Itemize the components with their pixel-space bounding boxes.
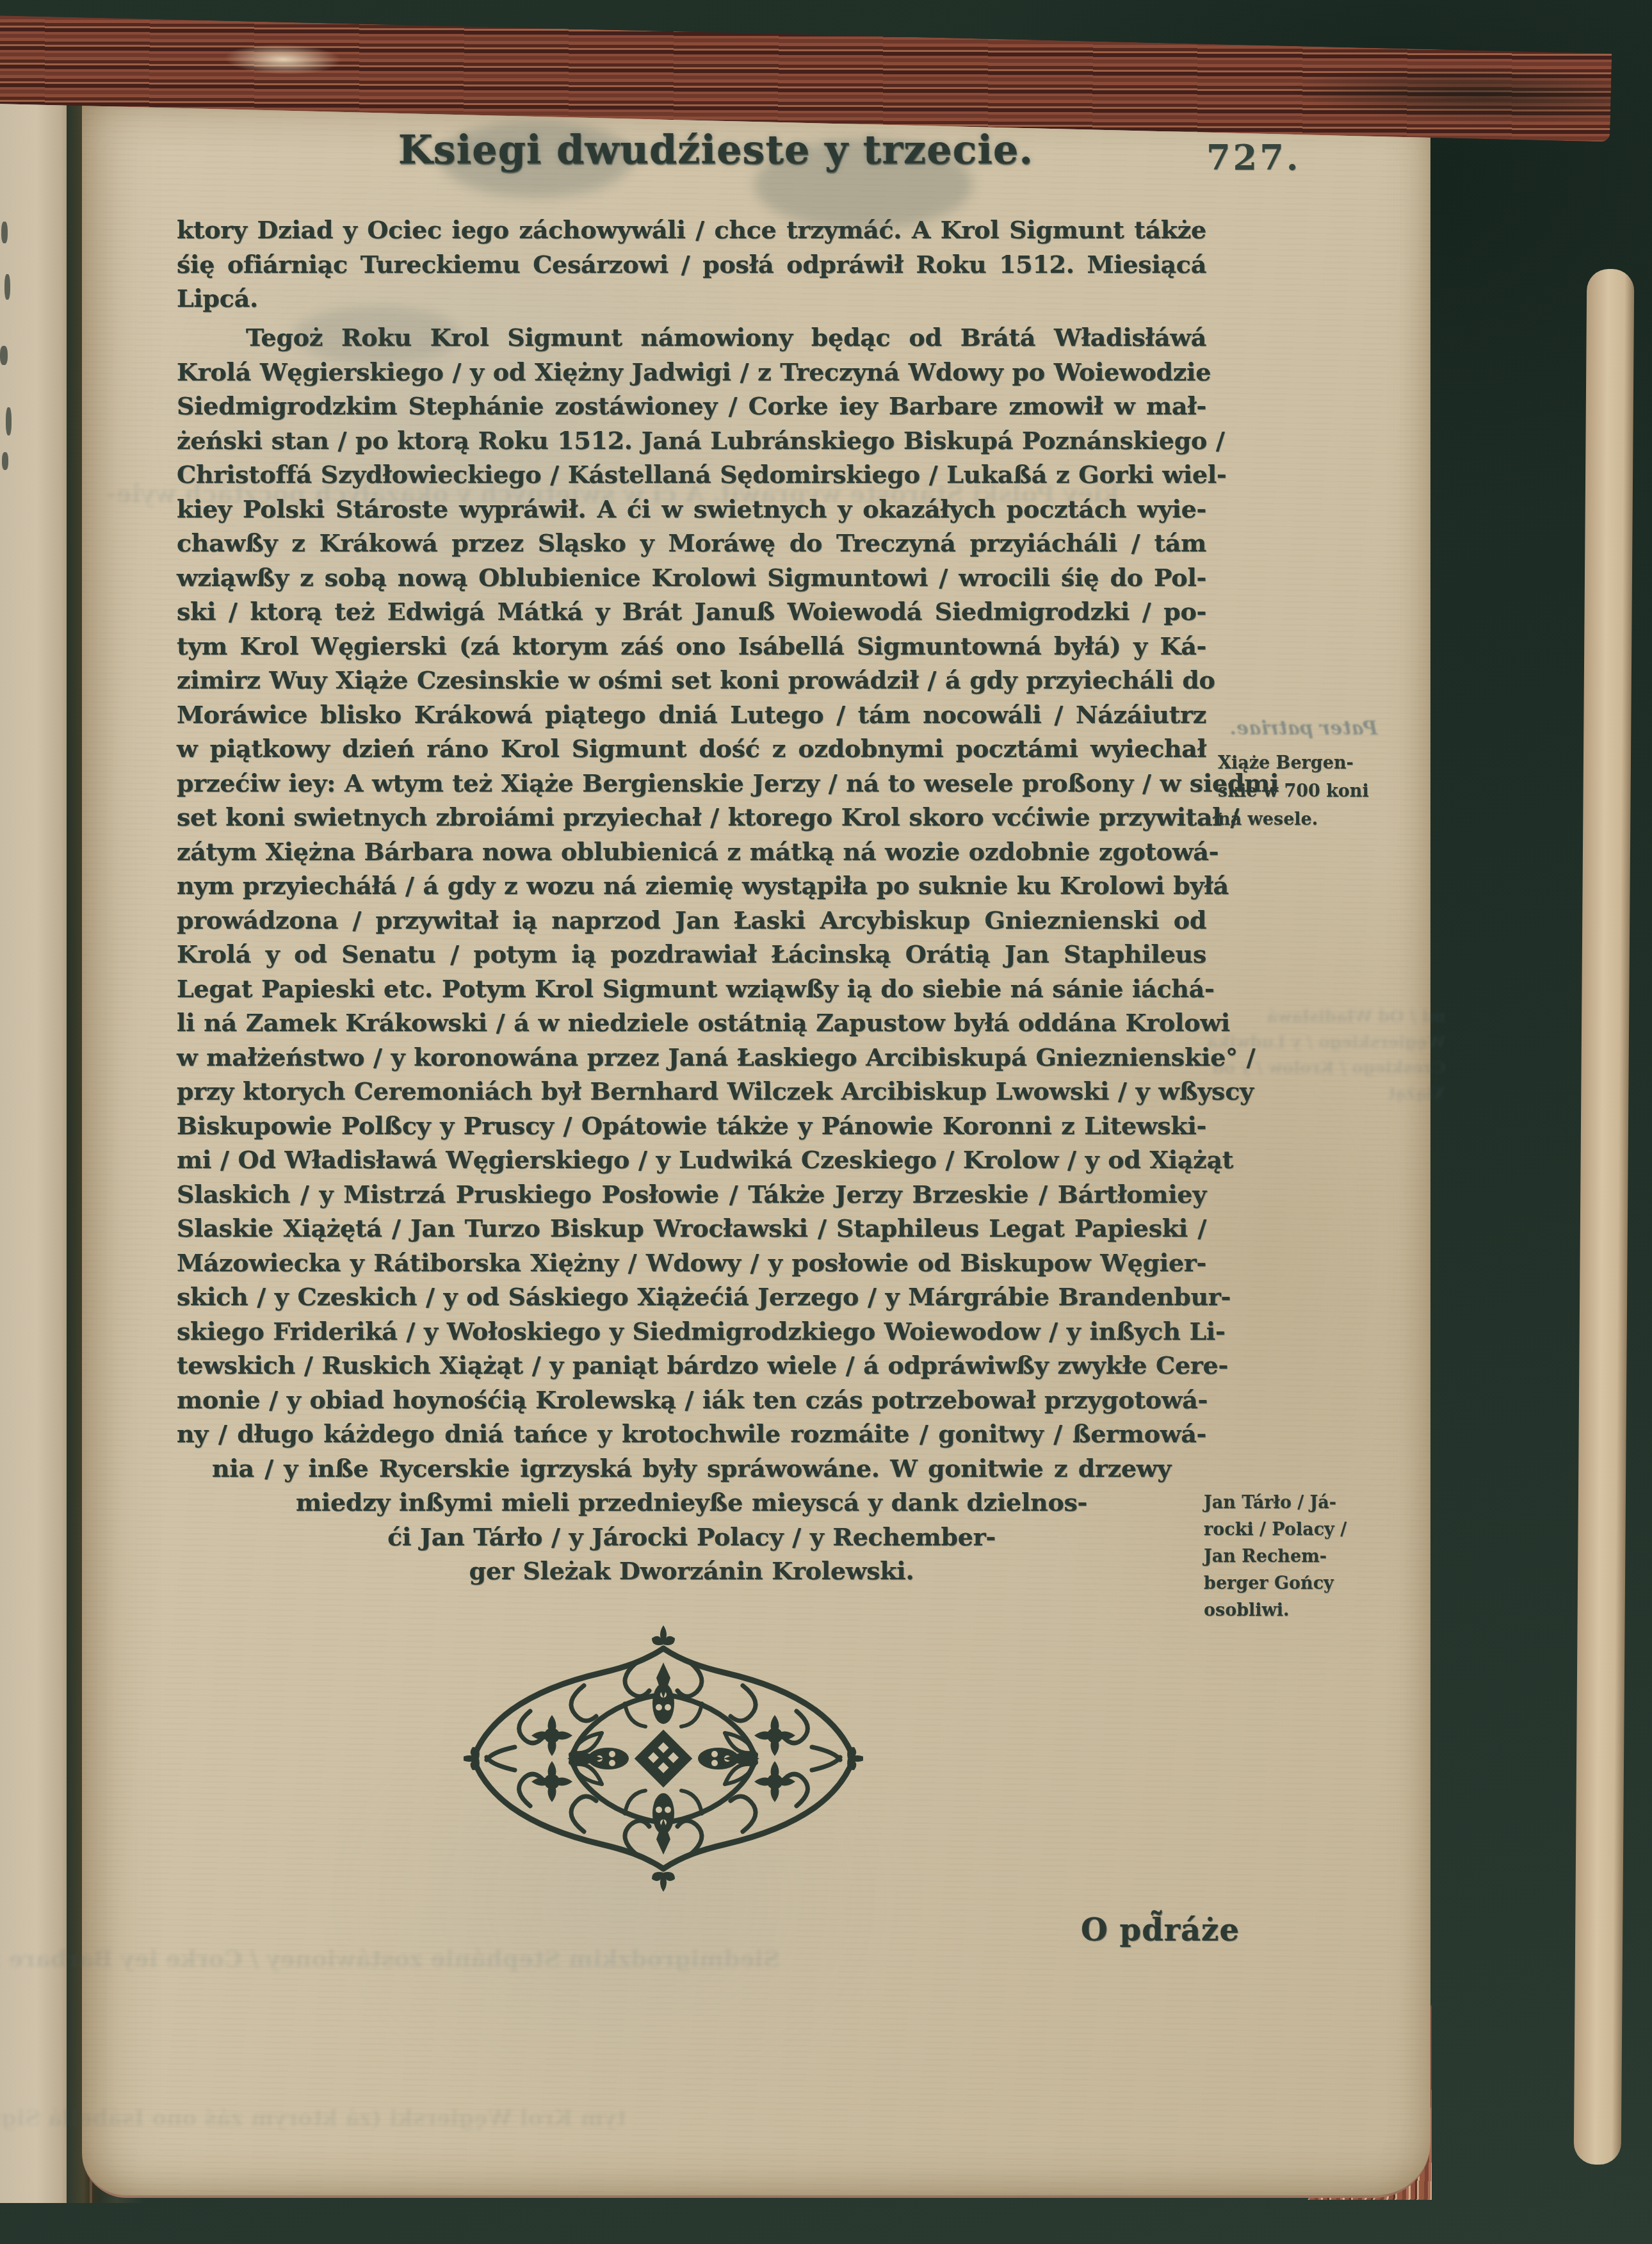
text-line: Tegoż Roku Krol Sigmunt námowiony będąc … — [177, 320, 1206, 355]
facing-page-print-fragment — [0, 346, 8, 365]
text-line: skiego Frideriká / y Wołoskiego y Siedmi… — [177, 1314, 1206, 1349]
facing-page-print-fragment — [6, 407, 12, 435]
facing-page-print-fragment — [2, 452, 8, 470]
facing-page-print-fragment — [4, 274, 10, 300]
margin-note-bergen: Xiąże Bergen-skie w 700 koniná wesele. — [1218, 749, 1448, 834]
text-line: śię ofiárniąc Tureckiemu Cesárzowi / pos… — [177, 247, 1206, 282]
page-number: 727. — [1206, 137, 1347, 178]
showthrough-text: Siedmigrodzkim Stephánie zostáwioney / C… — [140, 1946, 780, 1972]
text-line: miedzy inßymi mieli przednieyße mieyscá … — [177, 1485, 1206, 1520]
text-line: monie / y obiad hoynośćią Krolewską / iá… — [177, 1383, 1206, 1417]
text-line: Krolá Węgierskiego / y od Xiężny Jadwigi… — [177, 355, 1206, 389]
text-line: Biskupowie Polßcy y Pruscy / Opátowie tá… — [177, 1109, 1206, 1143]
text-line: Mázowiecka y Rátiborska Xiężny / Wdowy /… — [177, 1246, 1206, 1280]
text-line: Christoffá Szydłowieckiego / Kástellaná … — [177, 457, 1206, 492]
text-line: przećiw iey: A wtym też Xiąże Bergienski… — [177, 766, 1206, 801]
text-line: ski / ktorą też Edwigá Mátká y Brát Janu… — [177, 594, 1206, 629]
text-line: Siedmigrodzkim Stephánie zostáwioney / C… — [177, 389, 1206, 423]
text-line: kiey Polski Stároste wypráwił. A ći w sw… — [177, 492, 1206, 526]
text-line: Slaskie Xiążętá / Jan Turzo Biskup Wrocł… — [177, 1211, 1206, 1246]
text-line: ny / długo káżdego dniá tańce y krotochw… — [177, 1417, 1206, 1451]
text-line: ger Sleżak Dworzánin Krolewski. — [177, 1554, 1206, 1588]
margin-note-line: Jan Tárło / Já- — [1204, 1490, 1434, 1516]
margin-note-line: Jan Rechem- — [1204, 1543, 1434, 1570]
text-line: nia / y inße Rycerskie igrzyská były spr… — [177, 1451, 1206, 1486]
text-line: wziąwßy z sobą nową Oblubienice Krolowi … — [177, 560, 1206, 595]
text-line: w piątkowy dzień ráno Krol Sigmunt dość … — [177, 731, 1206, 766]
book-page: kiey Polski Stároste wypráwił. A ći w sw… — [82, 95, 1430, 2198]
text-line: set koni swietnych zbroiámi przyiechał /… — [177, 800, 1206, 834]
margin-note-line: skie w 700 koni — [1218, 777, 1448, 806]
showthrough-text: tym Krol Węgierski (zá ktorym záś ono Is… — [178, 2106, 626, 2131]
margin-note-line: Xiąże Bergen- — [1218, 749, 1448, 777]
margin-note-line: ná wesele. — [1218, 806, 1448, 834]
margin-note-line: berger Gońcy — [1204, 1570, 1434, 1597]
text-line: Slaskich / y Mistrzá Pruskiego Posłowie … — [177, 1177, 1206, 1212]
text-line: Krolá y od Senatu / potym ią pozdrawiał … — [177, 937, 1206, 972]
printer-ornament — [464, 1623, 863, 1898]
text-line: mi / Od Władisławá Węgierskiego / y Ludw… — [177, 1142, 1206, 1177]
showthrough-pater-patriae: Pater patriae. — [1195, 717, 1413, 740]
text-line: chawßy z Krákowá przez Sląsko y Moráwę d… — [177, 526, 1206, 560]
catchword: O pd̃ráże — [1045, 1912, 1275, 1948]
margin-note-line: osobliwi. — [1204, 1597, 1434, 1624]
text-line: zátym Xiężna Bárbara nowa oblubienicá z … — [177, 834, 1206, 869]
text-line: prowádzona / przywitał ią naprzod Jan Ła… — [177, 903, 1206, 938]
text-line: w małżeństwo / y koronowána przez Janá Ł… — [177, 1040, 1206, 1075]
facing-page-print-fragment — [1, 222, 8, 243]
text-line: tym Krol Węgierski (zá ktorym záś ono Is… — [177, 629, 1206, 663]
facing-page-sliver — [0, 77, 67, 2203]
text-line: Legat Papieski etc. Potym Krol Sigmunt w… — [177, 972, 1206, 1006]
fore-edge-page-stack — [1425, 26, 1588, 2203]
text-line: Moráwice blisko Krákowá piątego dniá Lut… — [177, 697, 1206, 732]
text-line: żeński stan / po ktorą Roku 1512. Janá L… — [177, 423, 1206, 458]
text-line: li ná Zamek Krákowski / á w niedziele os… — [177, 1005, 1206, 1040]
book-scan: kiey Polski Stároste wypráwił. A ći w sw… — [0, 0, 1652, 2244]
margin-note-goncy: Jan Tárło / Já-rocki / Polacy /Jan Reche… — [1204, 1490, 1434, 1624]
margin-note-line: rocki / Polacy / — [1204, 1516, 1434, 1543]
text-line: nym przyiecháłá / á gdy z wozu ná ziemię… — [177, 868, 1206, 903]
text-line: zimirz Wuy Xiąże Czesinskie w ośmi set k… — [177, 663, 1206, 697]
text-line: ći Jan Tárło / y Járocki Polacy / y Rech… — [177, 1520, 1206, 1554]
text-line: tewskich / Ruskich Xiążąt / y paniąt bár… — [177, 1348, 1206, 1383]
text-line: skich / y Czeskich / y od Sáskiego Xiąże… — [177, 1280, 1206, 1314]
opening-paragraph: ktory Dziad y Ociec iego záchowywáli / c… — [177, 213, 1206, 316]
text-line: ktory Dziad y Ociec iego záchowywáli / c… — [177, 213, 1206, 247]
text-line: Lipcá. — [177, 281, 1206, 316]
main-paragraph: Tegoż Roku Krol Sigmunt námowiony będąc … — [177, 320, 1206, 1588]
text-line: przy ktorych Ceremoniách był Bernhard Wi… — [177, 1074, 1206, 1109]
running-title: Ksiegi dwudźieste y trzecie. — [351, 128, 1081, 172]
